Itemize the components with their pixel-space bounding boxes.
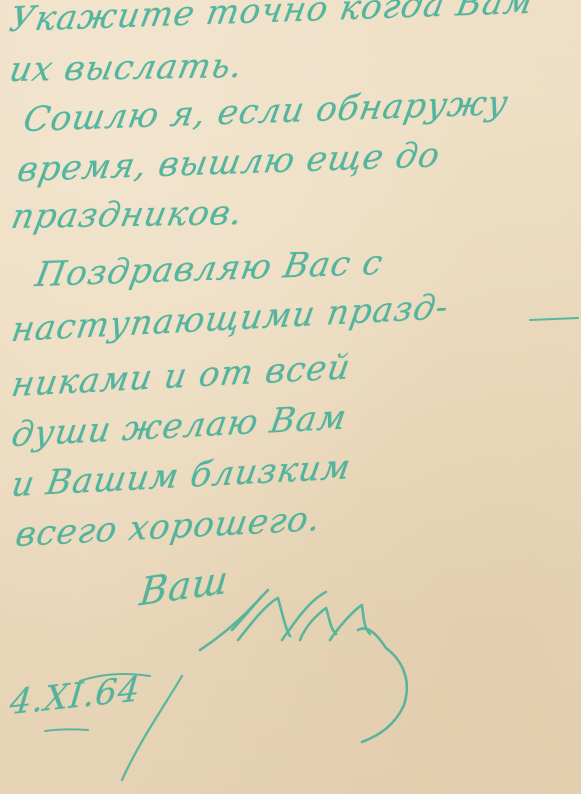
letter-page: Укажите точно когда Вам их выслать. Сошл… [0, 0, 581, 794]
letter-line-1: Укажите точно когда Вам [6, 0, 536, 40]
letter-line-11: всего хорошего. [13, 499, 324, 555]
letter-line-6: Поздравляю Вас с [32, 243, 386, 295]
letter-line-4: время, вышлю еще до [14, 135, 443, 190]
letter-date: 4.XI.64 [8, 669, 143, 723]
letter-line-2: их выслать. [6, 46, 247, 90]
letter-line-7: наступающими празд- [9, 287, 452, 350]
letter-line-9: души желаю Вам [9, 397, 350, 455]
letter-line-5: праздников. [8, 193, 246, 237]
letter-line-8: никами и от всей [9, 347, 354, 405]
letter-line-10: и Вашим близким [9, 447, 354, 505]
letter-line-3: Сошлю я, если обнаружу [20, 83, 511, 140]
signature-text: [подпись] [210, 620, 414, 666]
letter-closing: Ваш [138, 557, 231, 615]
